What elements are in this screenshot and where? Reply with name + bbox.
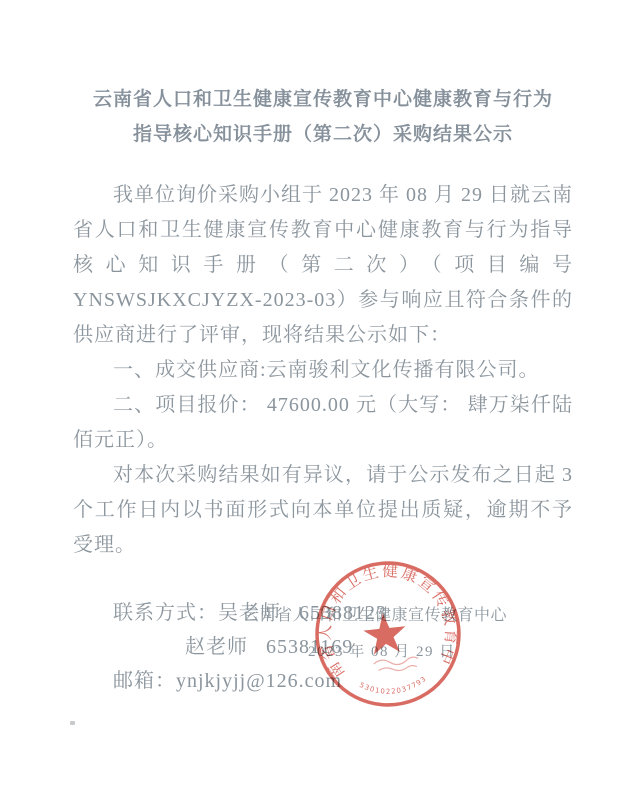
document-page: 云南省人口和卫生健康宣传教育中心健康教育与行为 指导核心知识手册（第二次）采购结… [0,0,624,808]
email-label: 邮箱： [113,670,176,692]
contact-label: 联系方式： [113,602,218,624]
seal-code: 5301022037793 [357,674,429,699]
paragraph-price: 二、项目报价： 47600.00 元（大写： 肆万柒仟陆佰元正）。 [73,388,573,458]
title-line-1: 云南省人口和卫生健康宣传教育中心健康教育与行为 [73,82,573,117]
seal-code-holder: 5301022037793 [357,674,429,699]
official-seal-graphic: 云南省人口和卫生健康宣传教育中心 5301022037793 [304,550,471,717]
paragraph-supplier: 一、成交供应商:云南骏利文化传播有限公司。 [73,353,573,388]
paragraph-objection: 对本次采购结果如有异议，请于公示发布之日起 3 个工作日内以书面形式向本单位提出… [73,458,573,563]
paragraph-intro: 我单位询价采购小组于 2023 年 08 月 29 日就云南省人口和卫生健康宣传… [73,178,573,353]
seal-inner-scribble [374,656,420,673]
official-seal: 云南省人口和卫生健康宣传教育中心 5301022037793 [304,550,471,717]
title-line-2: 指导核心知识手册（第二次）采购结果公示 [73,117,573,152]
contact-name: 赵老师 [185,636,248,658]
seal-star-icon [362,611,408,656]
document-title: 云南省人口和卫生健康宣传教育中心健康教育与行为 指导核心知识手册（第二次）采购结… [73,82,573,152]
page-speck [70,721,75,725]
